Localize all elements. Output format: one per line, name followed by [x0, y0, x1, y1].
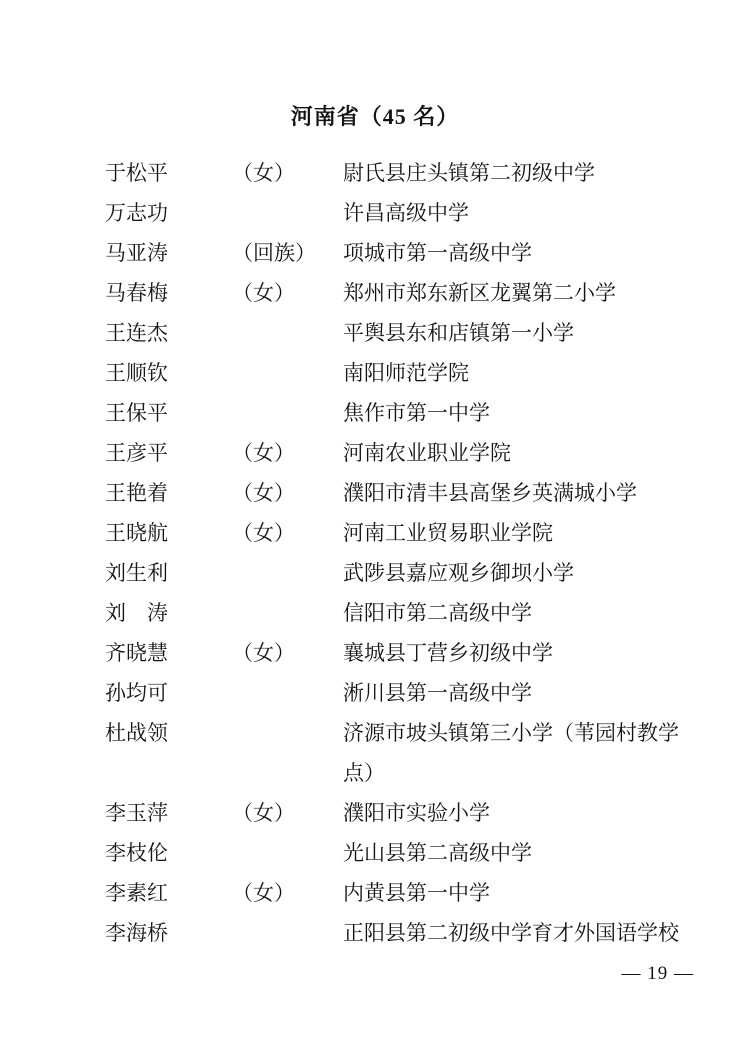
roster-row: 齐晓慧 （女） 襄城县丁营乡初级中学	[105, 633, 690, 673]
roster-row: 李枝伦 光山县第二高级中学	[105, 833, 690, 873]
roster-row: 王保平 焦作市第一中学	[105, 393, 690, 433]
school-name: 淅川县第一高级中学	[343, 673, 690, 713]
person-name: 李海桥	[105, 913, 232, 953]
person-name: 刘生利	[105, 553, 232, 593]
roster-list: 于松平 （女） 尉氏县庄头镇第二初级中学 万志功 许昌高级中学 马亚涛 （回族）…	[105, 153, 690, 953]
person-name: 马春梅	[105, 273, 232, 313]
roster-row: 杜战领 济源市坡头镇第三小学（苇园村教学点）	[105, 713, 690, 793]
person-name: 王保平	[105, 393, 232, 433]
roster-row: 马亚涛 （回族） 项城市第一高级中学	[105, 233, 690, 273]
school-name: 濮阳市清丰县高堡乡英满城小学	[343, 473, 690, 513]
school-name: 河南工业贸易职业学院	[343, 513, 690, 553]
gender-ethnicity-note: （女）	[232, 273, 343, 313]
roster-row: 马春梅 （女） 郑州市郑东新区龙翼第二小学	[105, 273, 690, 313]
gender-ethnicity-note: （女）	[232, 873, 343, 913]
person-name: 万志功	[105, 193, 232, 233]
person-name: 王连杰	[105, 313, 232, 353]
roster-row: 于松平 （女） 尉氏县庄头镇第二初级中学	[105, 153, 690, 193]
school-name: 平舆县东和店镇第一小学	[343, 313, 690, 353]
school-name: 河南农业职业学院	[343, 433, 690, 473]
gender-ethnicity-note: （女）	[232, 633, 343, 673]
person-name: 王顺钦	[105, 353, 232, 393]
school-name: 正阳县第二初级中学育才外国语学校	[343, 913, 690, 953]
person-name: 李枝伦	[105, 833, 232, 873]
page-title: 河南省（45 名）	[0, 102, 750, 132]
school-name: 武陟县嘉应观乡御坝小学	[343, 553, 690, 593]
person-name: 杜战领	[105, 713, 232, 753]
school-name: 尉氏县庄头镇第二初级中学	[343, 153, 690, 193]
person-name: 刘 涛	[105, 593, 232, 633]
roster-row: 李海桥 正阳县第二初级中学育才外国语学校	[105, 913, 690, 953]
gender-ethnicity-note: （回族）	[232, 233, 343, 273]
school-name: 濮阳市实验小学	[343, 793, 690, 833]
page-footer: — 19 —	[622, 962, 695, 986]
roster-row: 王顺钦 南阳师范学院	[105, 353, 690, 393]
school-name: 项城市第一高级中学	[343, 233, 690, 273]
person-name: 齐晓慧	[105, 633, 232, 673]
school-name: 内黄县第一中学	[343, 873, 690, 913]
roster-row: 刘生利 武陟县嘉应观乡御坝小学	[105, 553, 690, 593]
school-name: 信阳市第二高级中学	[343, 593, 690, 633]
document-page: 河南省（45 名） 于松平 （女） 尉氏县庄头镇第二初级中学 万志功 许昌高级中…	[0, 0, 750, 1060]
person-name: 王彦平	[105, 433, 232, 473]
school-name: 光山县第二高级中学	[343, 833, 690, 873]
roster-row: 李素红 （女） 内黄县第一中学	[105, 873, 690, 913]
roster-row: 王艳着 （女） 濮阳市清丰县高堡乡英满城小学	[105, 473, 690, 513]
school-name: 郑州市郑东新区龙翼第二小学	[343, 273, 690, 313]
roster-row: 王彦平 （女） 河南农业职业学院	[105, 433, 690, 473]
school-name: 许昌高级中学	[343, 193, 690, 233]
school-name: 襄城县丁营乡初级中学	[343, 633, 690, 673]
gender-ethnicity-note: （女）	[232, 513, 343, 553]
school-name: 焦作市第一中学	[343, 393, 690, 433]
person-name: 孙均可	[105, 673, 232, 713]
person-name: 马亚涛	[105, 233, 232, 273]
page-number: — 19 —	[622, 963, 695, 984]
person-name: 李素红	[105, 873, 232, 913]
gender-ethnicity-note: （女）	[232, 433, 343, 473]
person-name: 李玉萍	[105, 793, 232, 833]
roster-row: 王连杰 平舆县东和店镇第一小学	[105, 313, 690, 353]
gender-ethnicity-note: （女）	[232, 153, 343, 193]
person-name: 于松平	[105, 153, 232, 193]
roster-row: 刘 涛 信阳市第二高级中学	[105, 593, 690, 633]
person-name: 王艳着	[105, 473, 232, 513]
person-name: 王晓航	[105, 513, 232, 553]
gender-ethnicity-note: （女）	[232, 793, 343, 833]
gender-ethnicity-note: （女）	[232, 473, 343, 513]
roster-row: 万志功 许昌高级中学	[105, 193, 690, 233]
school-name: 南阳师范学院	[343, 353, 690, 393]
school-name: 济源市坡头镇第三小学（苇园村教学点）	[343, 713, 690, 793]
roster-row: 王晓航 （女） 河南工业贸易职业学院	[105, 513, 690, 553]
roster-row: 李玉萍 （女） 濮阳市实验小学	[105, 793, 690, 833]
roster-row: 孙均可 淅川县第一高级中学	[105, 673, 690, 713]
